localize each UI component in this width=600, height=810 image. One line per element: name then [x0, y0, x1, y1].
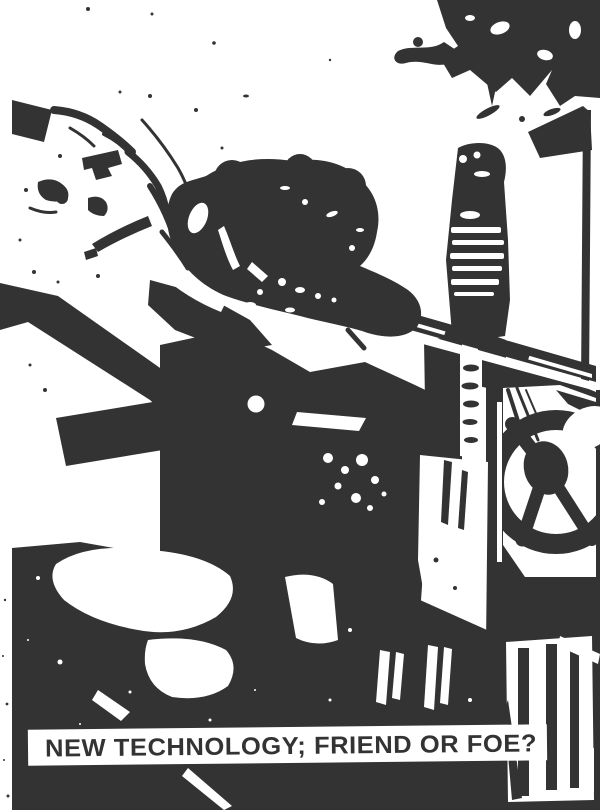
poster-illustration: NEW TECHNOLOGY; FRIEND OR FOE?	[0, 0, 600, 810]
poster: NEW TECHNOLOGY; FRIEND OR FOE?	[0, 0, 600, 810]
flywheel	[494, 385, 600, 577]
caption-banner: NEW TECHNOLOGY; FRIEND OR FOE?	[28, 724, 547, 765]
overalls-button	[248, 396, 265, 413]
paper-margin-left	[0, 336, 11, 810]
caption-text: NEW TECHNOLOGY; FRIEND OR FOE?	[45, 730, 537, 762]
door-frame	[504, 636, 600, 802]
